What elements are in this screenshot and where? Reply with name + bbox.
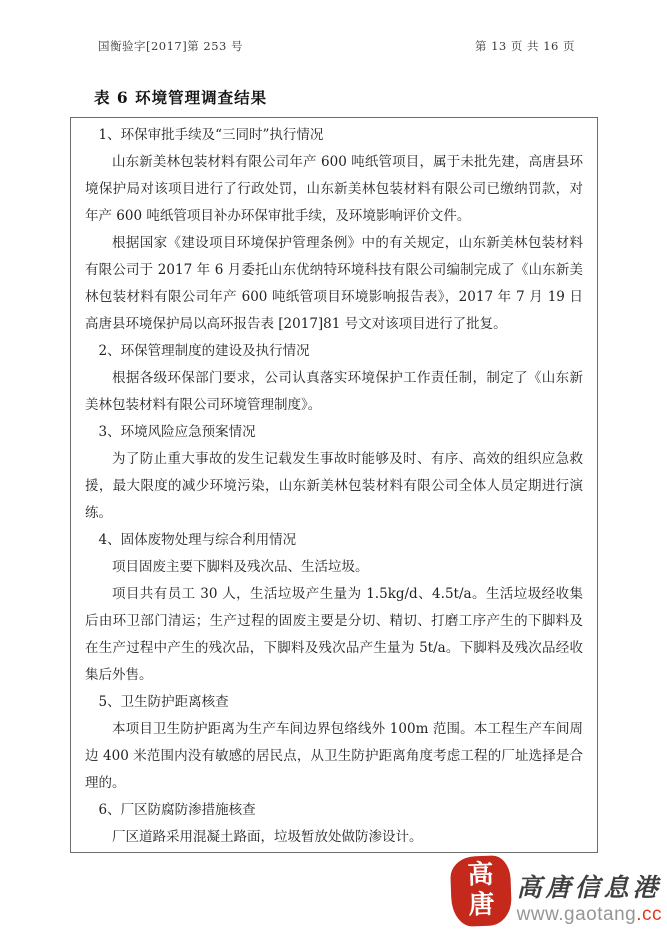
doc-number: 国衡验字[2017]第 253 号 (98, 38, 243, 54)
seal-char-bottom: 唐 (468, 891, 495, 922)
site-url-main: www.gaotang (517, 904, 637, 925)
paragraph: 项目固废主要下脚料及残次品、生活垃圾。 (85, 554, 583, 581)
table-border-box: 1、环保审批手续及“三同时”执行情况山东新美林包装材料有限公司年产 600 吨纸… (70, 117, 598, 853)
document-page: 国衡验字[2017]第 253 号 第 13 页 共 16 页 表 6 环境管理… (0, 0, 667, 931)
site-url: www.gaotang.cc (517, 905, 662, 926)
paragraph: 项目共有员工 30 人，生活垃圾产生量为 1.5kg/d、4.5t/a。生活垃圾… (85, 581, 583, 689)
page-number: 第 13 页 共 16 页 (475, 38, 575, 54)
paragraph: 本项目卫生防护距离为生产车间边界包络线外 100m 范围。本工程生产车间周边 4… (85, 716, 583, 797)
page-header: 国衡验字[2017]第 253 号 第 13 页 共 16 页 (98, 38, 575, 54)
paragraph: 根据国家《建设项目环境保护管理条例》中的有关规定，山东新美林包装材料有限公司于 … (85, 230, 583, 338)
section-heading: 4、固体废物处理与综合利用情况 (85, 527, 583, 554)
section-heading: 3、环境风险应急预案情况 (85, 419, 583, 446)
section-heading: 7、厂区生态恢复、绿化情况 (85, 851, 583, 853)
watermark-text-block: 高唐信息港 www.gaotang.cc (517, 870, 662, 926)
gaotang-seal-icon: 高 唐 (449, 855, 511, 927)
table-content: 1、环保审批手续及“三同时”执行情况山东新美林包装材料有限公司年产 600 吨纸… (85, 122, 583, 853)
table-title: 表 6 环境管理调查结果 (94, 86, 267, 108)
site-url-suffix: .cc (636, 904, 662, 925)
paragraph: 山东新美林包装材料有限公司年产 600 吨纸管项目，属于未批先建，高唐县环境保护… (85, 149, 583, 230)
section-heading: 2、环保管理制度的建设及执行情况 (85, 338, 583, 365)
site-name: 高唐信息港 (517, 870, 662, 905)
paragraph: 根据各级环保部门要求，公司认真落实环境保护工作责任制，制定了《山东新美林包装材料… (85, 365, 583, 419)
section-heading: 5、卫生防护距离核查 (85, 689, 583, 716)
section-heading: 1、环保审批手续及“三同时”执行情况 (85, 122, 583, 149)
section-heading: 6、厂区防腐防渗措施核查 (85, 797, 583, 824)
seal-char-top: 高 (467, 861, 494, 892)
paragraph: 厂区道路采用混凝土路面，垃圾暂放处做防渗设计。 (85, 824, 583, 851)
paragraph: 为了防止重大事故的发生记载发生事故时能够及时、有序、高效的组织应急救援，最大限度… (85, 446, 583, 527)
site-watermark: 高 唐 高唐信息港 www.gaotang.cc (451, 856, 662, 926)
